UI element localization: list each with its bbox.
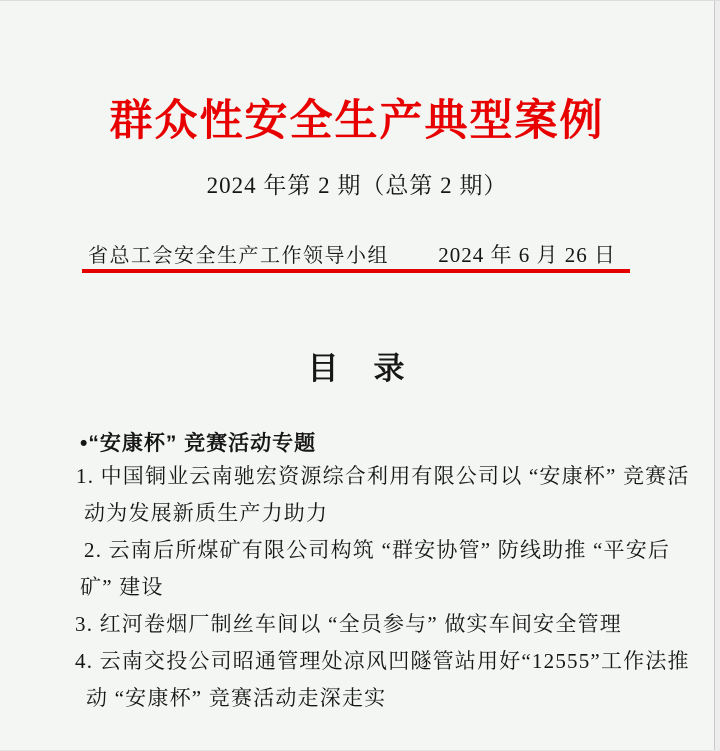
toc-item-3-line-1: 3. 红河卷烟厂制丝车间以 “全员参与” 做实车间安全管理	[75, 606, 655, 643]
toc-list: 1. 中国铜业云南驰宏资源综合利用有限公司以 “安康杯” 竞赛活 动为发展新质生…	[75, 458, 655, 717]
toc-item-1-line-2: 动为发展新质生产力助力	[75, 495, 655, 532]
issue-number-line: 2024 年第 2 期（总第 2 期）	[0, 167, 714, 200]
toc-item-1-line-1: 1. 中国铜业云南驰宏资源综合利用有限公司以 “安康杯” 竞赛活	[75, 458, 655, 495]
toc-section-title: •“安康杯” 竞赛活动专题	[80, 427, 316, 457]
toc-item-4-line-2: 动 “安康杯” 竞赛活动走深走实	[75, 680, 655, 717]
toc-heading: 目 录	[0, 343, 714, 388]
issuer-row: 省总工会安全生产工作领导小组 2024 年 6 月 26 日	[88, 239, 616, 269]
issuing-body: 省总工会安全生产工作领导小组	[88, 239, 389, 268]
toc-item-4-line-1: 4. 云南交投公司昭通管理处凉风凹隧管站用好“12555”工作法推	[75, 643, 655, 680]
toc-item-2-line-2: 矿” 建设	[75, 569, 655, 606]
issue-date: 2024 年 6 月 26 日	[438, 239, 616, 269]
bulletin-title: 群众性安全生产典型案例	[0, 87, 714, 148]
document-page: { "document": { "title": "群众性安全生产典型案例", …	[0, 0, 720, 751]
scrollbar-track[interactable]	[714, 1, 720, 751]
red-divider-rule	[82, 269, 630, 273]
toc-item-2-line-1: 2. 云南后所煤矿有限公司构筑 “群安协管” 防线助推 “平安后	[75, 532, 655, 569]
